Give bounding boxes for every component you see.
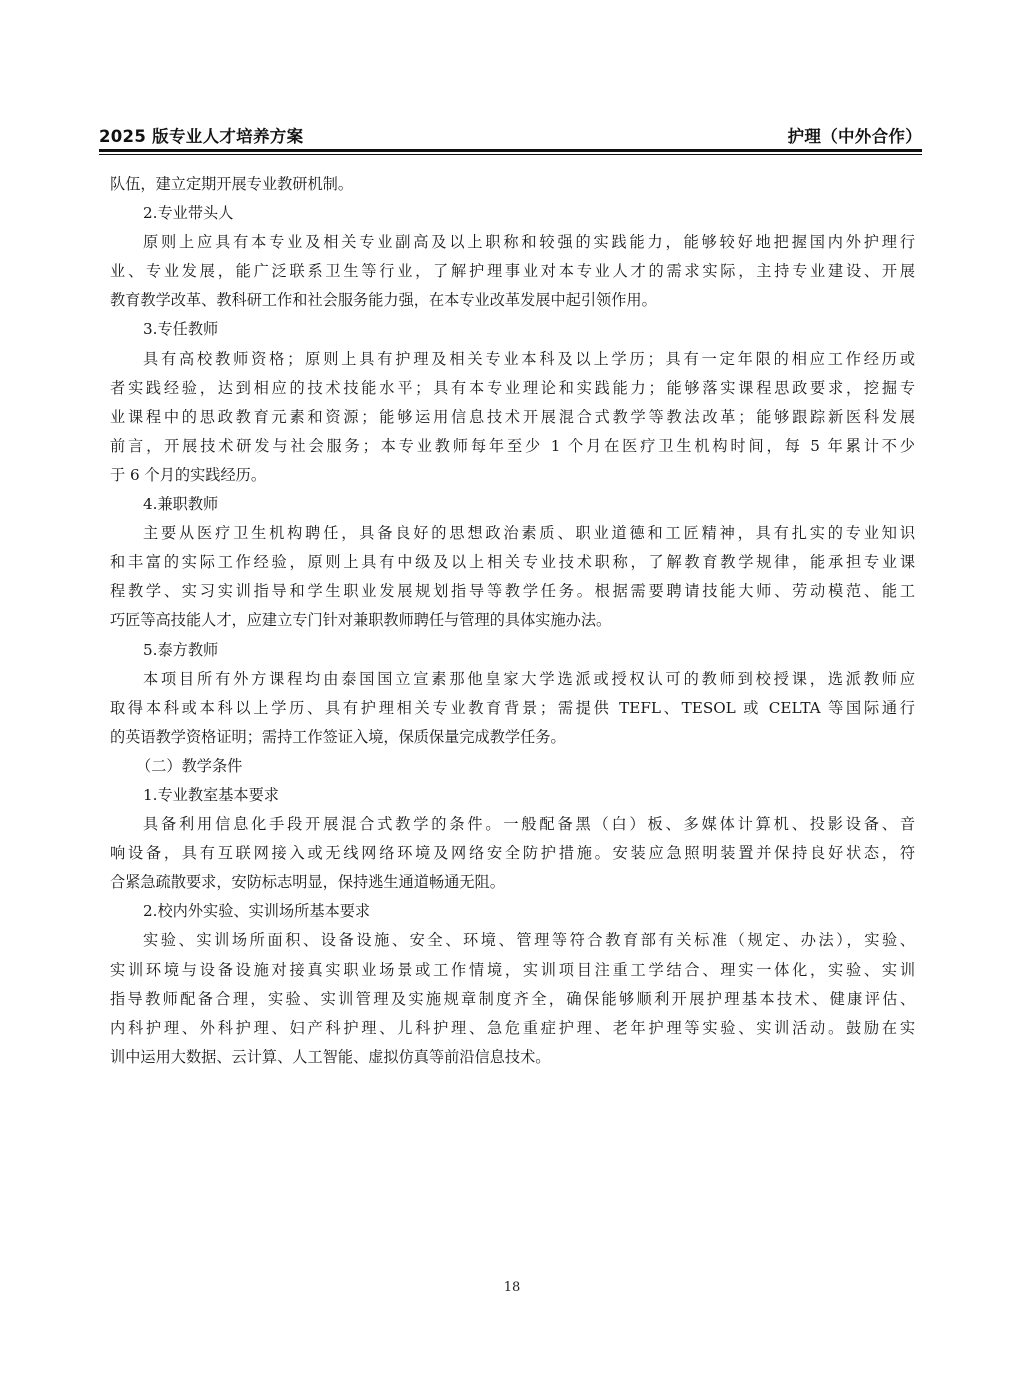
paragraph: 具备利用信息化手段开展混合式教学的条件。一般配备黑（白）板、多媒体计算机、投影设… <box>110 810 915 897</box>
paragraph-line: 业课程中的思政教育元素和资源；能够运用信息技术开展混合式教学等教法改革；能够跟踪… <box>110 403 915 432</box>
paragraph-line: 内科护理、外科护理、妇产科护理、儿科护理、急危重症护理、老年护理等实验、实训活动… <box>110 1014 915 1043</box>
paragraph-line: 巧匠等高技能人才，应建立专门针对兼职教师聘任与管理的具体实施办法。 <box>110 606 915 635</box>
paragraph: 本项目所有外方课程均由泰国国立宣素那他皇家大学选派或授权认可的教师到校授课，选派… <box>110 665 915 752</box>
document-title: 2025 版专业人才培养方案 <box>99 126 303 148</box>
program-name: 护理（中外合作） <box>788 126 922 148</box>
subsection-heading: 2.校内外实验、实训场所基本要求 <box>110 897 915 926</box>
paragraph-line: 程教学、实习实训指导和学生职业发展规划指导等教学任务。根据需要聘请技能大师、劳动… <box>110 577 915 606</box>
paragraph-line: 业、专业发展，能广泛联系卫生等行业，了解护理事业对本专业人才的需求实际，主持专业… <box>110 257 915 286</box>
paragraph-line: 响设备，具有互联网接入或无线网络环境及网络安全防护措施。安装应急照明装置并保持良… <box>110 839 915 868</box>
continuation-line: 队伍，建立定期开展专业教研机制。 <box>110 170 915 199</box>
section-heading: （二）教学条件 <box>110 752 915 781</box>
paragraph-line: 指导教师配备合理，实验、实训管理及实施规章制度齐全，确保能够顺利开展护理基本技术… <box>110 985 915 1014</box>
subsection-heading: 2.专业带头人 <box>110 199 915 228</box>
paragraph-line: 者实践经验，达到相应的技术技能水平；具有本专业理论和实践能力；能够落实课程思政要… <box>110 374 915 403</box>
paragraph-line: 的英语教学资格证明；需持工作签证入境，保质保量完成教学任务。 <box>110 723 915 752</box>
paragraph-line: 本项目所有外方课程均由泰国国立宣素那他皇家大学选派或授权认可的教师到校授课，选派… <box>110 665 915 694</box>
paragraph: 具有高校教师资格；原则上具有护理及相关专业本科及以上学历；具有一定年限的相应工作… <box>110 345 915 490</box>
paragraph-line: 训中运用大数据、云计算、人工智能、虚拟仿真等前沿信息技术。 <box>110 1043 915 1072</box>
paragraph-line: 前言，开展技术研发与社会服务；本专业教师每年至少 1 个月在医疗卫生机构时间，每… <box>110 432 915 461</box>
paragraph: 原则上应具有本专业及相关专业副高及以上职称和较强的实践能力，能够较好地把握国内外… <box>110 228 915 315</box>
paragraph: 主要从医疗卫生机构聘任，具备良好的思想政治素质、职业道德和工匠精神，具有扎实的专… <box>110 519 915 635</box>
header-rule-thick <box>99 149 922 152</box>
paragraph-line: 取得本科或本科以上学历、具有护理相关专业教育背景；需提供 TEFL、TESOL … <box>110 694 915 723</box>
subsection-heading: 4.兼职教师 <box>110 490 915 519</box>
paragraph-line: 和丰富的实际工作经验，原则上具有中级及以上相关专业技术职称，了解教育教学规律，能… <box>110 548 915 577</box>
subsection-heading: 3.专任教师 <box>110 315 915 344</box>
page-header: 2025 版专业人才培养方案 护理（中外合作） <box>99 124 922 148</box>
paragraph-line: 原则上应具有本专业及相关专业副高及以上职称和较强的实践能力，能够较好地把握国内外… <box>110 228 915 257</box>
subsection-heading: 5.泰方教师 <box>110 636 915 665</box>
paragraph-line: 合紧急疏散要求，安防标志明显，保持逃生通道畅通无阻。 <box>110 868 915 897</box>
document-body: 队伍，建立定期开展专业教研机制。2.专业带头人原则上应具有本专业及相关专业副高及… <box>110 170 915 1072</box>
paragraph-line: 具备利用信息化手段开展混合式教学的条件。一般配备黑（白）板、多媒体计算机、投影设… <box>110 810 915 839</box>
paragraph-line: 主要从医疗卫生机构聘任，具备良好的思想政治素质、职业道德和工匠精神，具有扎实的专… <box>110 519 915 548</box>
paragraph-line: 实训环境与设备设施对接真实职业场景或工作情境，实训项目注重工学结合、理实一体化，… <box>110 956 915 985</box>
paragraph: 实验、实训场所面积、设备设施、安全、环境、管理等符合教育部有关标准（规定、办法）… <box>110 926 915 1071</box>
paragraph-line: 具有高校教师资格；原则上具有护理及相关专业本科及以上学历；具有一定年限的相应工作… <box>110 345 915 374</box>
header-rule-thin <box>99 154 922 155</box>
paragraph-line: 实验、实训场所面积、设备设施、安全、环境、管理等符合教育部有关标准（规定、办法）… <box>110 926 915 955</box>
paragraph-line: 教育教学改革、教科研工作和社会服务能力强，在本专业改革发展中起引领作用。 <box>110 286 915 315</box>
subsection-heading: 1.专业教室基本要求 <box>110 781 915 810</box>
page-number: 18 <box>0 1280 1024 1295</box>
paragraph-line: 于 6 个月的实践经历。 <box>110 461 915 490</box>
